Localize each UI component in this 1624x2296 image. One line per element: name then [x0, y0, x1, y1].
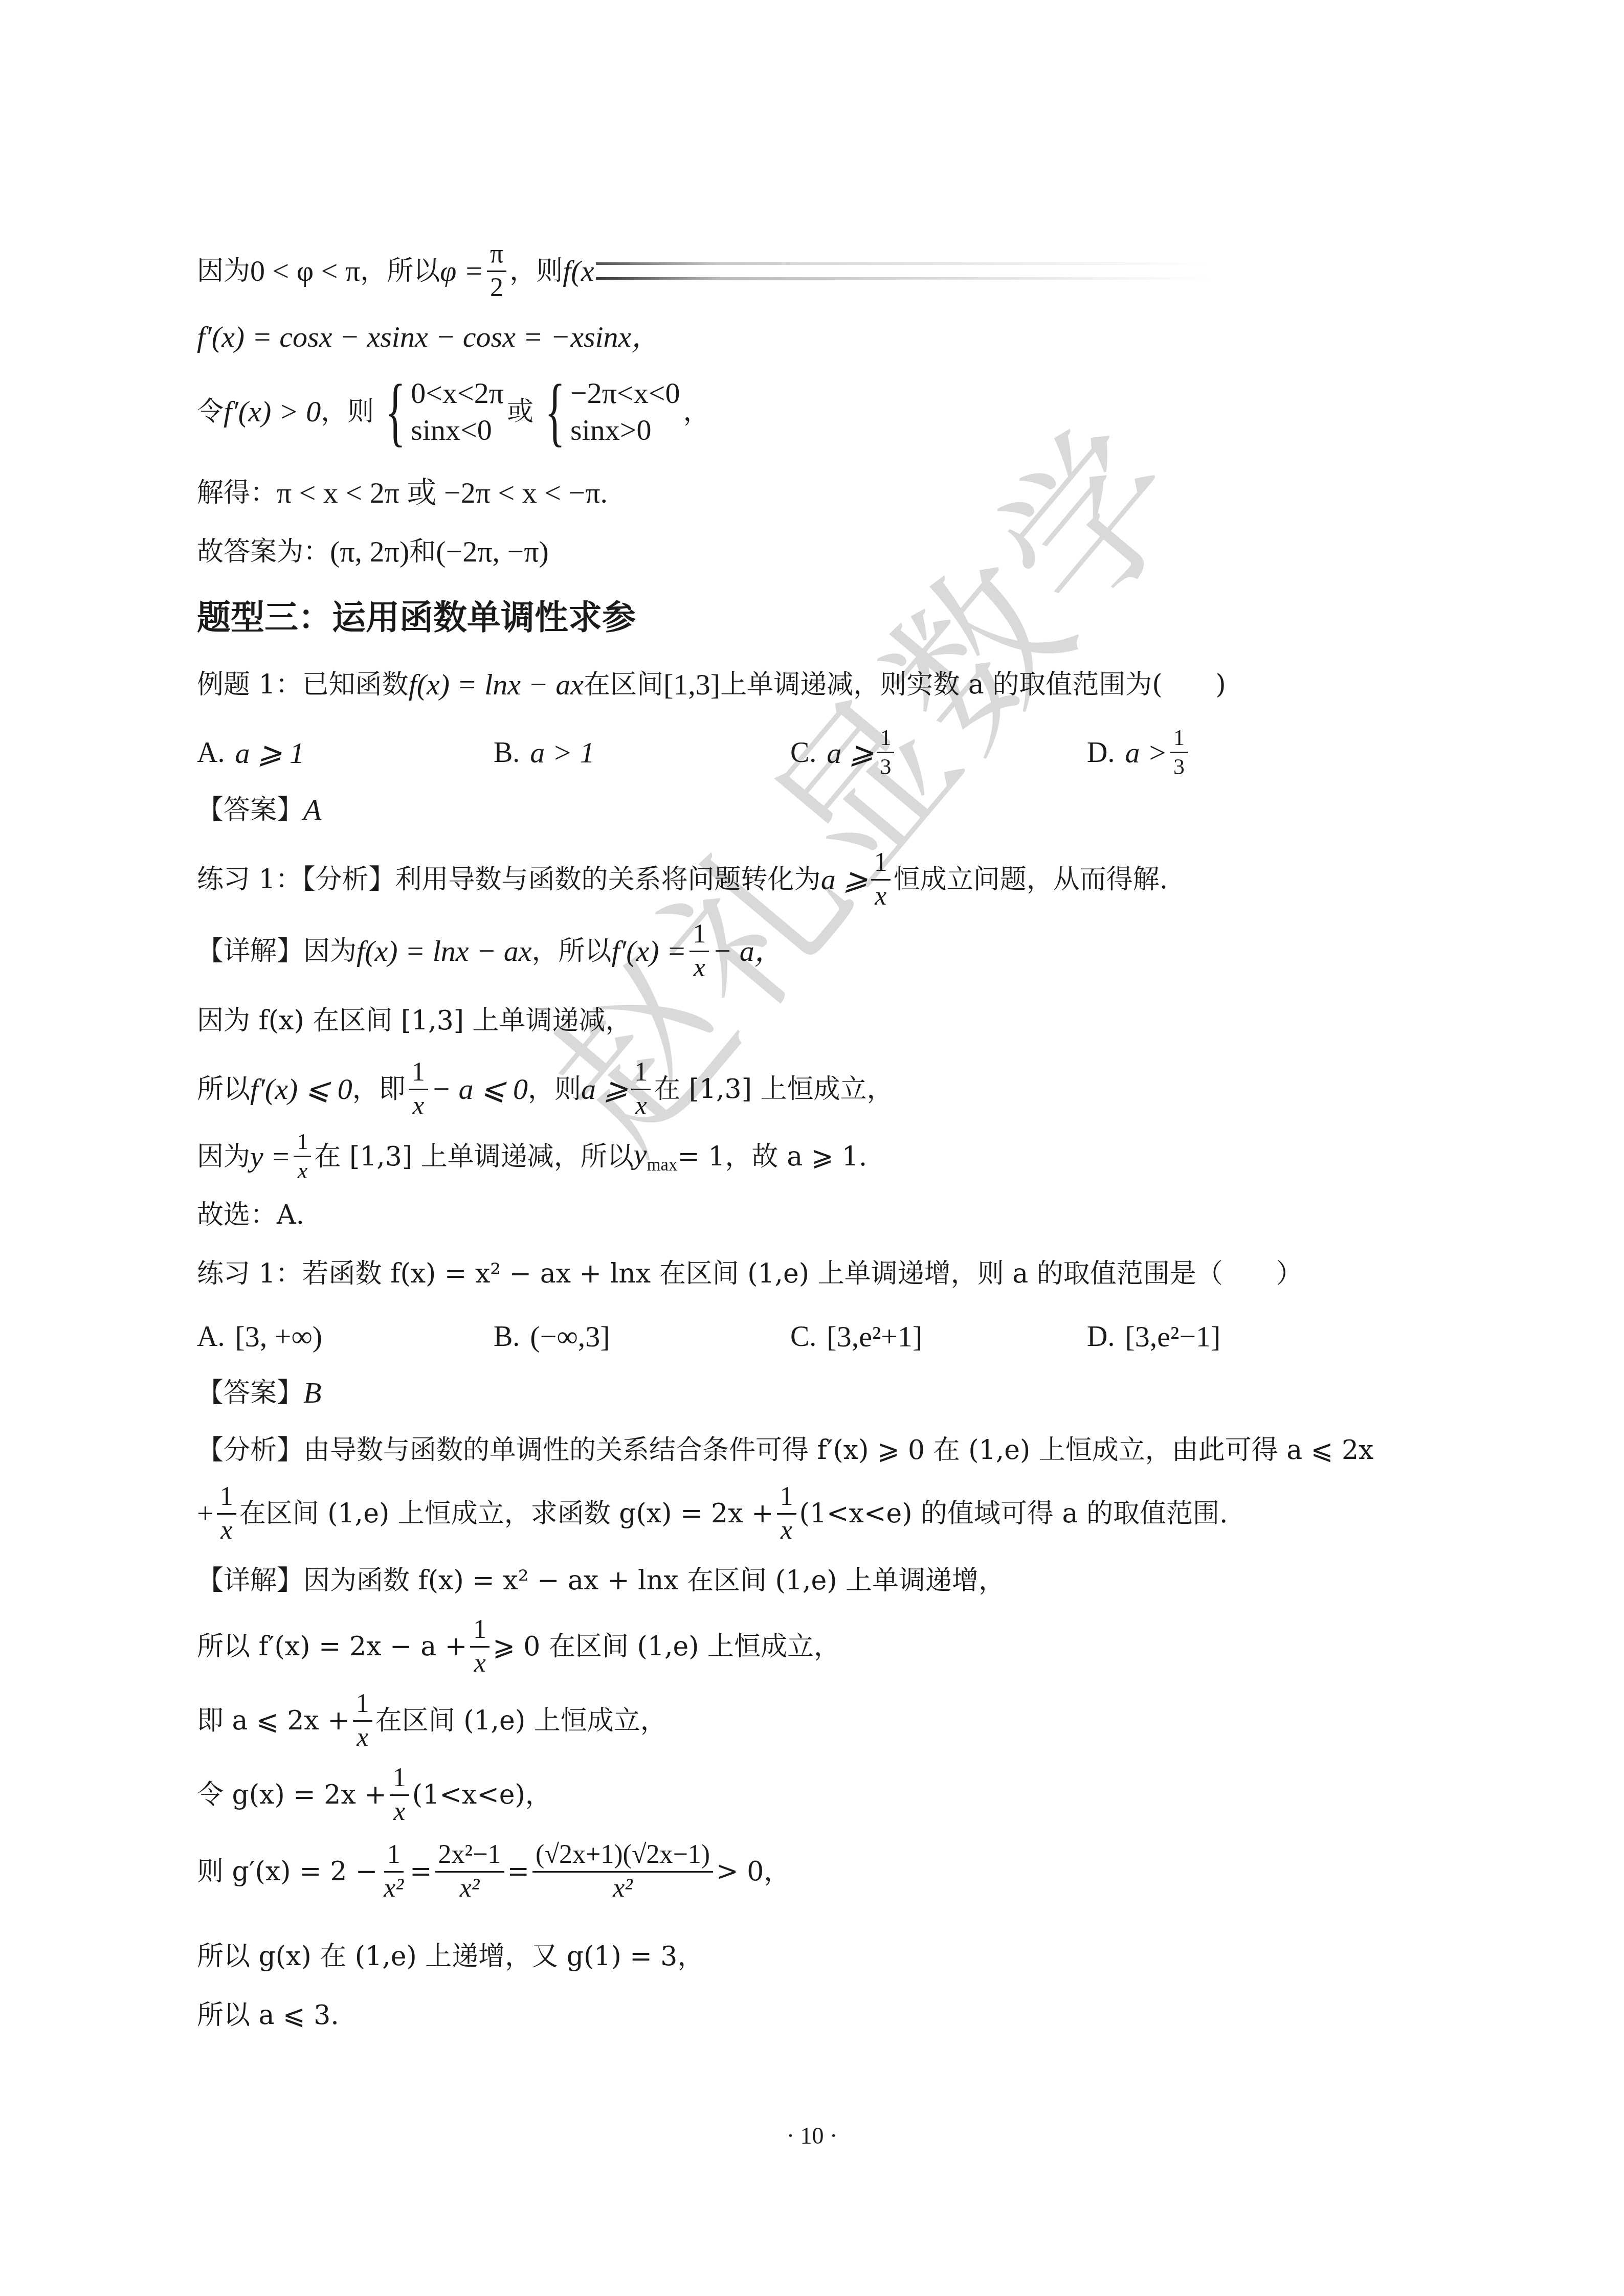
- math: 0 < φ < π: [250, 256, 360, 286]
- text: ，则: [321, 398, 374, 425]
- math: f′(x) > 0: [224, 397, 321, 426]
- option-b: B.(−∞,3]: [494, 1319, 790, 1354]
- prev-line-1: 因为 0 < φ < π ，所以 φ = π2 ，则 f(x: [197, 240, 1210, 302]
- math: π < x < 2π 或 −2π < x < −π.: [277, 478, 608, 508]
- text: 和: [409, 538, 436, 565]
- exercise1-detail-6: 所以 g(x) 在 (1,e) 上递增，又 g(1) = 3，: [197, 1943, 704, 1970]
- option-c: C.[3,e²+1]: [790, 1319, 1087, 1354]
- exercise1-options: A.[3, +∞) B.(−∞,3] C.[3,e²+1] D.[3,e²−1]: [197, 1319, 1425, 1354]
- math: φ =: [440, 256, 484, 286]
- math: f(x: [563, 256, 594, 286]
- option-d: D.a >13: [1087, 726, 1384, 779]
- text: 因为: [197, 258, 250, 284]
- prev-line-3: 令 f′(x) > 0 ，则 { 0<x<2πsinx<0 或 { −2π<x<…: [197, 373, 710, 450]
- option-d: D.[3,e²−1]: [1087, 1319, 1384, 1354]
- exercise1-detail-3: 即 a ⩽ 2x + 1x 在区间 (1,e) 上恒成立，: [197, 1690, 667, 1751]
- fraction: π2: [487, 240, 506, 302]
- exercise1-answer: 【答案】B: [197, 1378, 321, 1408]
- prev-line-4: 解得： π < x < 2π 或 −2π < x < −π.: [197, 478, 608, 508]
- text: ，: [683, 398, 709, 425]
- text: 解得：: [197, 480, 277, 506]
- example1-detail-3: 所以 f′(x) ⩽ 0 ，即 1x − a ⩽ 0 ，则 a ⩾ 1x 在 […: [197, 1059, 894, 1120]
- math: (π, 2π): [330, 537, 409, 567]
- page-number: · 10 ·: [0, 2122, 1624, 2149]
- option-a: A.a ⩾ 1: [197, 735, 494, 770]
- math: (−2π, −π): [436, 537, 549, 567]
- exercise1-analysis-2: + 1x 在区间 (1,e) 上恒成立，求函数 g(x) = 2x + 1x (…: [197, 1483, 1228, 1544]
- equation-system-2: { −2π<x<0sinx>0: [537, 373, 680, 450]
- text: 或: [507, 398, 533, 425]
- exercise1-question: 练习 1：若函数 f(x) = x² − ax + lnx 在区间 (1,e) …: [197, 1260, 1303, 1287]
- example1-options: A.a ⩾ 1 B.a > 1 C.a ⩾13 D.a >13: [197, 726, 1425, 779]
- example1-detail-4: 因为 y = 1x 在 [1,3] 上单调递减，所以 ymax = 1，故 a …: [197, 1130, 867, 1183]
- example1-analysis: 练习 1：【分析】利用导数与函数的关系将问题转化为 a ⩾ 1x 恒成立问题，从…: [197, 849, 1168, 910]
- example1-answer: 【答案】A: [197, 795, 321, 825]
- prev-line-2: f′(x) = cosx − xsinx − cosx = −xsinx，: [197, 322, 661, 352]
- exercise1-analysis-1: 【分析】由导数与函数的单调性的关系结合条件可得 f′(x) ⩾ 0 在 (1,e…: [197, 1437, 1373, 1464]
- example1-detail-2: 因为 f(x) 在区间 [1,3] 上单调递减，: [197, 1007, 632, 1034]
- exercise1-detail-7: 所以 a ⩽ 3.: [197, 2002, 339, 2029]
- text: ，则: [509, 258, 563, 284]
- exercise1-detail-5: 则 g′(x) = 2 − 1x² = 2x²−1x² = (√2x+1)(√2…: [197, 1841, 790, 1902]
- text: 故答案为：: [197, 538, 330, 565]
- example1-detail-1: 【详解】因为 f(x) = lnx − ax ，所以 f′(x) = 1x − …: [197, 920, 784, 982]
- section-title: 题型三：运用函数单调性求参: [197, 601, 636, 635]
- option-c: C.a ⩾13: [790, 726, 1087, 779]
- option-a: A.[3, +∞): [197, 1319, 494, 1354]
- equation-system-1: { 0<x<2πsinx<0: [377, 373, 504, 450]
- exercise1-detail-1: 【详解】因为函数 f(x) = x² − ax + lnx 在区间 (1,e) …: [197, 1567, 1005, 1594]
- example1-detail-5: 故选：A.: [197, 1202, 304, 1228]
- text: ，所以: [360, 258, 440, 284]
- exercise1-detail-2: 所以 f′(x) = 2x − a + 1x ⩾ 0 在区间 (1,e) 上恒成…: [197, 1616, 840, 1677]
- exercise1-detail-4: 令 g(x) = 2x + 1x (1<x<e)，: [197, 1764, 552, 1826]
- prev-line-5: 故答案为： (π, 2π) 和 (−2π, −π): [197, 537, 549, 567]
- redaction-fade-bar: [596, 260, 1210, 282]
- text: 令: [197, 398, 224, 425]
- option-b: B.a > 1: [494, 735, 790, 770]
- example1-question: 例题 1：已知函数 f(x) = lnx − ax 在区间 [1,3] 上单调递…: [197, 670, 1226, 700]
